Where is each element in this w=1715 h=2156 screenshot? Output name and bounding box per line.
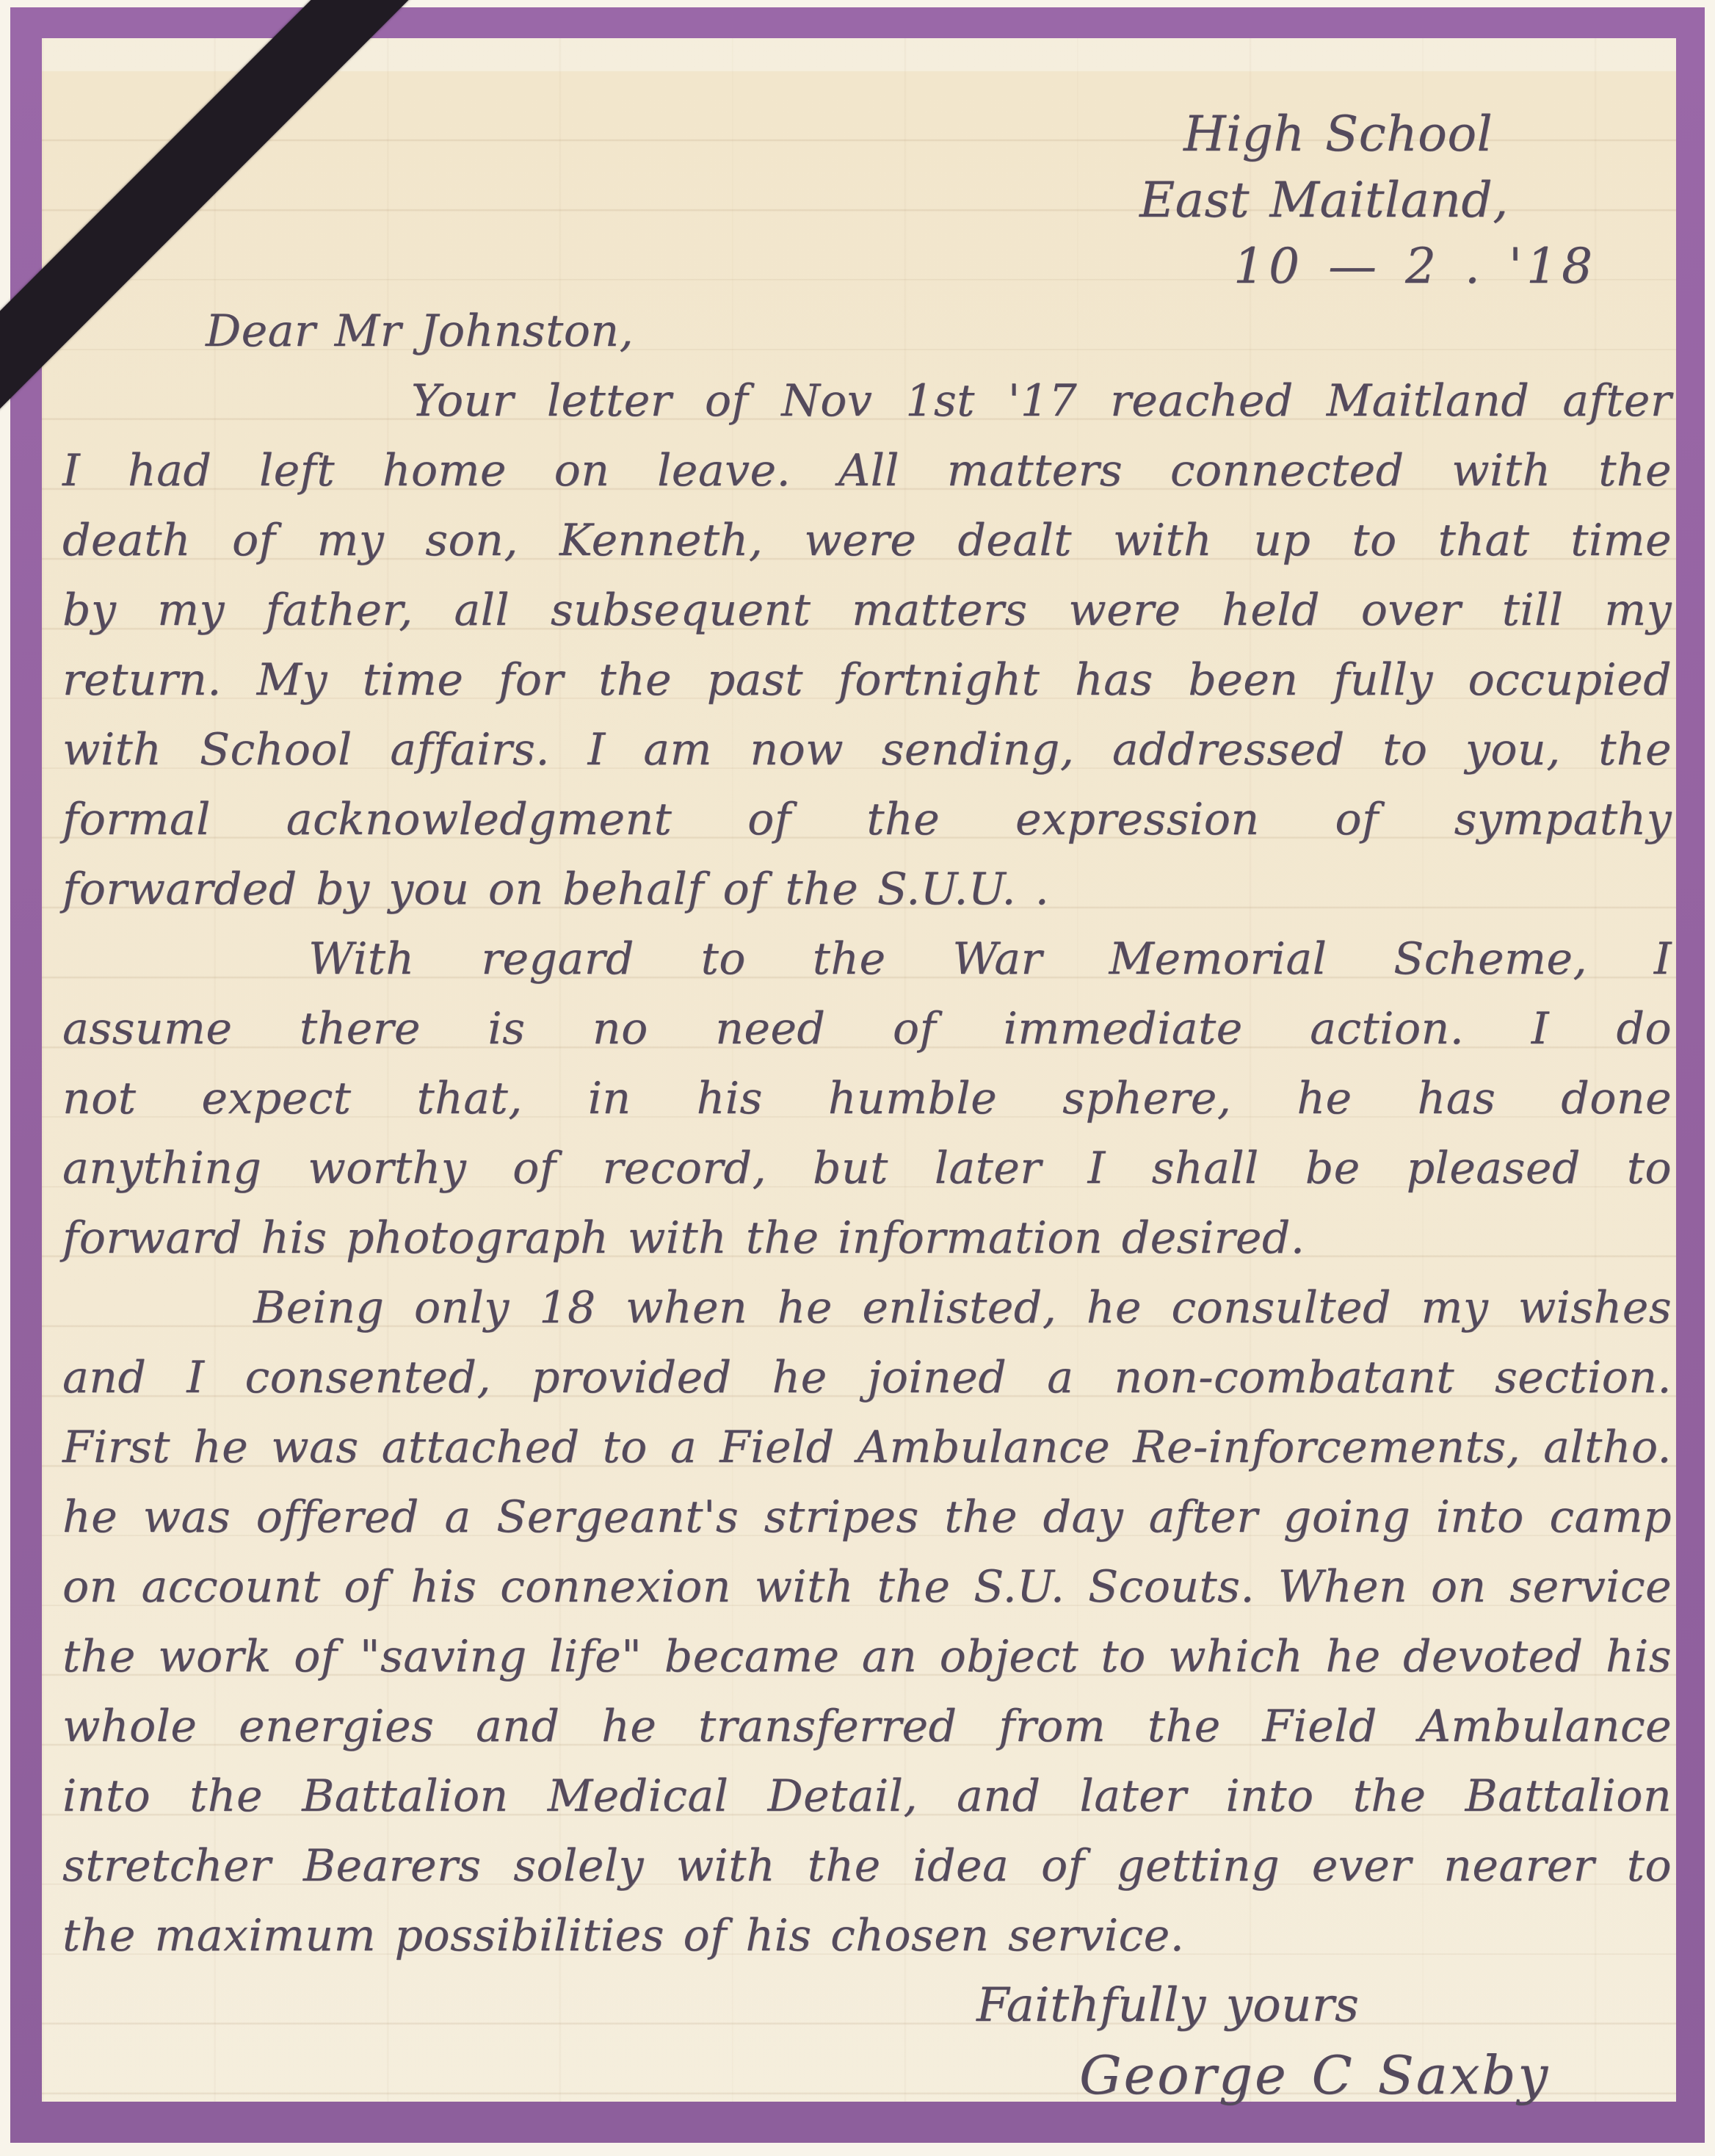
body-line: Being only 18 when he enlisted, he consu…: [62, 1273, 1672, 1343]
body-line: return. My time for the past fortnight h…: [62, 645, 1672, 715]
letter-paper: High School East Maitland, 10 — 2 . '18 …: [42, 38, 1676, 2102]
body-line: forward his photograph with the informat…: [62, 1204, 1672, 1273]
body-line: the work of "saving life" became an obje…: [62, 1622, 1672, 1692]
body-line: on account of his connexion with the S.U…: [62, 1552, 1672, 1622]
body-line: I had left home on leave. All matters co…: [62, 436, 1672, 506]
header-school: High School: [1183, 101, 1597, 167]
body-line: death of my son, Kenneth, were dealt wit…: [62, 506, 1672, 576]
body-line: he was offered a Sergeant's stripes the …: [62, 1483, 1672, 1552]
body-line: formal acknowledgment of the expression …: [62, 785, 1672, 855]
body-line: assume there is no need of immediate act…: [62, 994, 1672, 1064]
letter-header: High School East Maitland, 10 — 2 . '18: [1139, 101, 1597, 300]
signature: George C Saxby: [62, 2041, 1672, 2110]
body-line: whole energies and he transferred from t…: [62, 1692, 1672, 1762]
header-date: 10 — 2 . '18: [1233, 234, 1597, 300]
body-line: anything worthy of record, but later I s…: [62, 1134, 1672, 1204]
body-line: and I consented, provided he joined a no…: [62, 1343, 1672, 1413]
body-line: not expect that, in his humble sphere, h…: [62, 1064, 1672, 1134]
body-line: into the Battalion Medical Detail, and l…: [62, 1762, 1672, 1831]
body-line: stretcher Bearers solely with the idea o…: [62, 1831, 1672, 1901]
salutation: Dear Mr Johnston,: [62, 297, 1672, 366]
body-line: Your letter of Nov 1st '17 reached Maitl…: [62, 366, 1672, 436]
letter-body: Dear Mr Johnston, Your letter of Nov 1st…: [62, 297, 1672, 2110]
body-line: First he was attached to a Field Ambulan…: [62, 1413, 1672, 1483]
body-line: by my father, all subsequent matters wer…: [62, 576, 1672, 645]
body-line: the maximum possibilities of his chosen …: [62, 1901, 1672, 1971]
body-line: forwarded by you on behalf of the S.U.U.…: [62, 855, 1672, 925]
closing: Faithfully yours: [62, 1971, 1672, 2041]
header-place: East Maitland,: [1139, 167, 1597, 234]
scanned-mourning-letter: { "document": { "kind": "handwritten mou…: [0, 0, 1715, 2156]
body-line: With regard to the War Memorial Scheme, …: [62, 925, 1672, 994]
body-line: with School affairs. I am now sending, a…: [62, 715, 1672, 785]
